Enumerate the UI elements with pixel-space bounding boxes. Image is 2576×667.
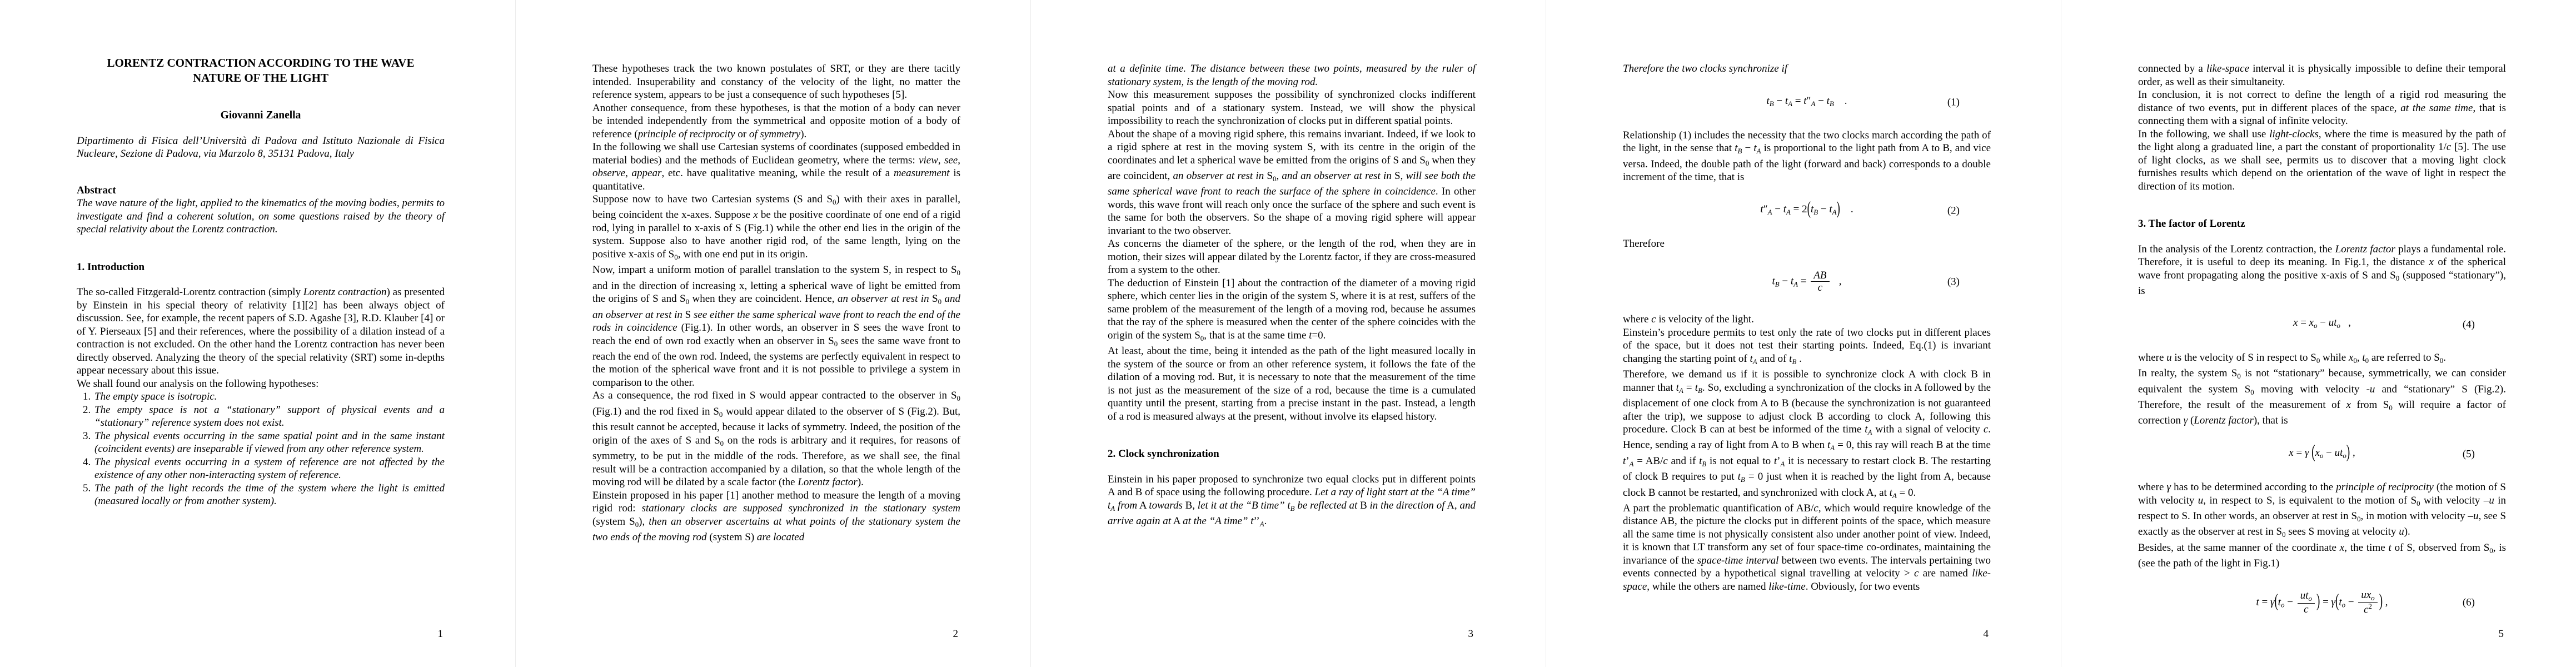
section-heading: 1. Introduction (77, 261, 445, 274)
affiliation: Dipartimento di Fisica dell’Università d… (77, 135, 445, 161)
page-1: LORENTZ CONTRACTION ACCORDING TO THE WAV… (0, 0, 515, 667)
equation-number: (1) (1947, 96, 1960, 109)
paragraph: Suppose now to have two Cartesian system… (592, 193, 960, 263)
equation: tB − tA = ABc ,(3) (1623, 270, 1991, 295)
paragraph: where u is the velocity of S in respect … (2138, 351, 2506, 367)
paragraph: Einstein proposed in his paper [1] anoth… (592, 489, 960, 544)
equation-number: (6) (2463, 596, 2475, 609)
equation-number: (3) (1947, 275, 1960, 288)
paragraph: connected by a like-space interval it is… (2138, 62, 2506, 88)
page-3-content: at a definite time. The distance between… (1108, 0, 1476, 530)
page-4-content: Therefore the two clocks synchronize ift… (1623, 0, 1991, 593)
paper-title: LORENTZ CONTRACTION ACCORDING TO THE WAV… (77, 56, 445, 86)
paragraph: Relationship (1) includes the necessity … (1623, 129, 1991, 184)
page-number: 1 (438, 628, 444, 640)
page-2-content: These hypotheses track the two known pos… (592, 0, 960, 544)
equation-body: tB − tA = t″A − tB . (1766, 94, 1847, 110)
equation: tB − tA = t″A − tB .(1) (1623, 94, 1991, 110)
paragraph: Therefore the two clocks synchronize if (1623, 62, 1991, 76)
paragraph: Besides, at the same manner of the coord… (2138, 541, 2506, 570)
section-heading: 3. The factor of Lorentz (2138, 217, 2506, 231)
paragraph: In realty, the system S0 is not “station… (2138, 367, 2506, 427)
equation-number: (2) (1947, 204, 1960, 217)
author-name: Giovanni Zanella (77, 109, 445, 122)
paragraph: As concerns the diameter of the sphere, … (1108, 237, 1476, 277)
equation-body: x = γ (xo − uto) , (2289, 446, 2355, 462)
paragraph: In the following, we shall use light-clo… (2138, 128, 2506, 193)
paragraph: About the shape of a moving rigid sphere… (1108, 128, 1476, 238)
equation-body: t = γ(to − utoc) = γ(to − uxoc2) , (2256, 589, 2388, 616)
paragraph: Therefore (1623, 237, 1991, 251)
paragraph: where c is velocity of the light. (1623, 313, 1991, 326)
page-5-content: connected by a like-space interval it is… (2138, 0, 2506, 635)
page-1-content: LORENTZ CONTRACTION ACCORDING TO THE WAV… (77, 0, 445, 508)
page-4: Therefore the two clocks synchronize ift… (1546, 0, 2061, 667)
paragraph: Einstein’s procedure permits to test onl… (1623, 326, 1991, 368)
page-2: These hypotheses track the two known pos… (515, 0, 1030, 667)
equation-number: (4) (2463, 318, 2475, 331)
equation-number: (5) (2463, 447, 2475, 461)
page-number: 5 (2499, 628, 2504, 640)
equation-body: x = xo − uto , (2293, 316, 2351, 332)
paragraph: We shall found our analysis on the follo… (77, 377, 445, 391)
equation: x = γ (xo − uto) ,(5) (2138, 446, 2506, 462)
page-number: 3 (1468, 628, 1474, 640)
paragraph: In the following we shall use Cartesian … (592, 141, 960, 193)
paragraph: In conclusion, it is not correct to defi… (2138, 88, 2506, 128)
equation-body: t″A − tA = 2(tB − tA) . (1760, 203, 1853, 218)
paragraph: Now this measurement supposes the possib… (1108, 88, 1476, 128)
hypothesis-item: The empty space is not a “stationary” su… (93, 404, 445, 430)
hypothesis-item: The empty space is isotropic. (93, 390, 445, 404)
hypothesis-item: The physical events occurring in a syste… (93, 456, 445, 482)
paragraph: where γ has to be determined according t… (2138, 481, 2506, 541)
abstract-text: The wave nature of the light, applied to… (77, 197, 445, 236)
paragraph: A part the problematic quantification of… (1623, 502, 1991, 594)
page-number: 2 (953, 628, 959, 640)
hypothesis-item: The path of the light records the time o… (93, 482, 445, 508)
equation: x = xo − uto ,(4) (2138, 316, 2506, 332)
abstract-heading: Abstract (77, 184, 445, 197)
equation: t″A − tA = 2(tB − tA) .(2) (1623, 203, 1991, 218)
paragraph: The so-called Fitzgerald-Lorentz contrac… (77, 286, 445, 377)
paragraph: Another consequence, from these hypothes… (592, 102, 960, 141)
paragraph: As a consequence, the rod fixed in S wou… (592, 389, 960, 489)
hypothesis-item: The physical events occurring in the sam… (93, 430, 445, 456)
page-5: connected by a like-space interval it is… (2061, 0, 2576, 667)
paragraph: The deduction of Einstein [1] about the … (1108, 277, 1476, 345)
paragraph: Einstein in his paper proposed to synchr… (1108, 473, 1476, 531)
hypotheses-list: The empty space is isotropic.The empty s… (77, 390, 445, 508)
page-number: 4 (1984, 628, 1989, 640)
paper-document: LORENTZ CONTRACTION ACCORDING TO THE WAV… (0, 0, 2576, 667)
paragraph: In the analysis of the Lorentz contracti… (2138, 243, 2506, 298)
section-heading: 2. Clock synchronization (1108, 447, 1476, 461)
equation-body: tB − tA = ABc , (1772, 270, 1842, 295)
paragraph: At least, about the time, being it inten… (1108, 345, 1476, 423)
paragraph: Therefore, we demand us if it is possibl… (1623, 368, 1991, 502)
page-3: at a definite time. The distance between… (1030, 0, 1546, 667)
equation: t = γ(to − utoc) = γ(to − uxoc2) ,(6) (2138, 589, 2506, 616)
paragraph: at a definite time. The distance between… (1108, 62, 1476, 88)
paragraph: Now, impart a uniform motion of parallel… (592, 263, 960, 389)
paragraph: These hypotheses track the two known pos… (592, 62, 960, 102)
